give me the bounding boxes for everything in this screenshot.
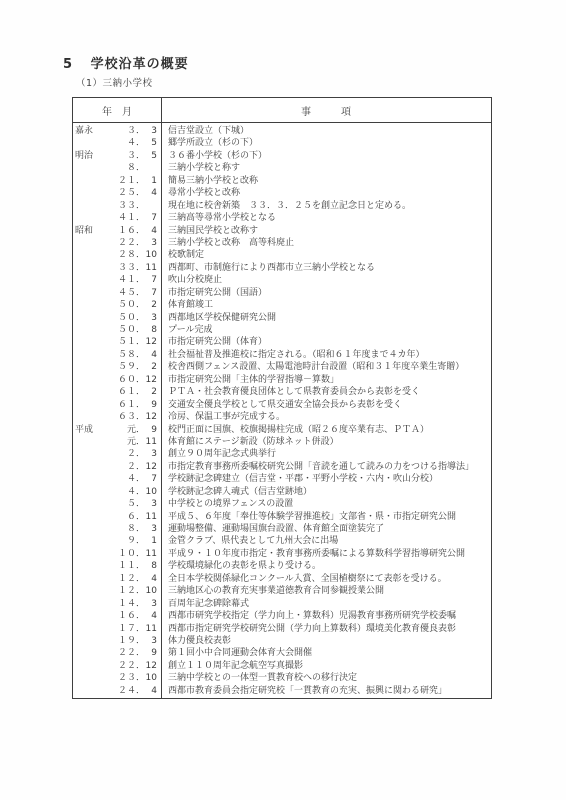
era-label xyxy=(73,287,97,299)
year-value: １９． xyxy=(97,635,145,647)
year-value: ５１． xyxy=(97,336,145,348)
date-cell: ２４．4 xyxy=(73,685,161,697)
item-text: 三納中学校との一体型一貫教育校への移行決定 xyxy=(161,672,491,684)
era-label xyxy=(73,336,97,348)
date-cell: ６．11 xyxy=(73,511,161,523)
date-cell: １６．4 xyxy=(73,610,161,622)
item-text: 市指定研究公開（体育） xyxy=(161,336,491,348)
year-value: ６１． xyxy=(97,386,145,398)
table-row: ２４．4西都市教育委員会指定研究校「一貫教育の充実、振興に関わる研究」 xyxy=(73,685,491,697)
era-label xyxy=(73,137,97,149)
year-value: ３． xyxy=(97,150,145,162)
item-text: 市指定研究公開（国語） xyxy=(161,287,491,299)
month-value: 12 xyxy=(145,461,157,473)
year-value: ２１． xyxy=(97,175,145,187)
table-row: ８．3運動場整備、運動場国旗台設置、体育館全面塗装完了 xyxy=(73,523,491,535)
year-value: １７． xyxy=(97,623,145,635)
year-value: ９． xyxy=(97,535,145,547)
month-value: 3 xyxy=(145,448,157,460)
item-text: 吹山分校廃止 xyxy=(161,274,491,286)
item-text: 創立９０周年記念式典挙行 xyxy=(161,448,491,460)
item-text: 校門正面に国旗、校旗掲揚柱完成（昭２６度卒業有志、ＰＴＡ） xyxy=(161,424,491,436)
item-text: 交通安全優良学校として県交通安全協会長から表彰を受く xyxy=(161,399,491,411)
date-cell: ２２．3 xyxy=(73,237,161,249)
item-text: 三納高等尋常小学校となる xyxy=(161,212,491,224)
date-cell: ５１．12 xyxy=(73,336,161,348)
date-cell: ３３．11 xyxy=(73,262,161,274)
era-label xyxy=(73,535,97,547)
month-value: 4 xyxy=(145,610,157,622)
date-cell: ２２．9 xyxy=(73,647,161,659)
era-label xyxy=(73,448,97,460)
year-value: ２２． xyxy=(97,237,145,249)
date-cell: １４．3 xyxy=(73,598,161,610)
item-text: 郷学所設立（杉の下） xyxy=(161,137,491,149)
item-text: 百周年記念碑除幕式 xyxy=(161,598,491,610)
table-row: ５８．4社会福祉普及推進校に指定される。（昭和６１年度まで４カ年） xyxy=(73,349,491,361)
table-row: ４．7学校跡記念碑建立（信吉堂・平郡・平野小学校・六内・吹山分校） xyxy=(73,473,491,485)
era-label xyxy=(73,560,97,572)
item-text: 創立１１０周年記念航空写真撮影 xyxy=(161,660,491,672)
item-text: 第１回小中合同運動会体育大会開催 xyxy=(161,647,491,659)
month-value: 11 xyxy=(145,511,157,523)
month-value: 5 xyxy=(145,150,157,162)
era-label xyxy=(73,511,97,523)
era-label xyxy=(73,610,97,622)
item-text: 西都地区学校保健研究公開 xyxy=(161,312,491,324)
item-text: 西都市教育委員会指定研究校「一貫教育の充実、振興に関わる研究」 xyxy=(161,685,491,697)
year-value: ５０． xyxy=(97,324,145,336)
era-label xyxy=(73,672,97,684)
item-text: 市指定研究公開「主体的学習指導－算数」 xyxy=(161,374,491,386)
table-row: ８．三納小学校と称す xyxy=(73,162,491,174)
year-value: ４１． xyxy=(97,274,145,286)
month-value: 7 xyxy=(145,274,157,286)
table-row: ４１．7三納高等尋常小学校となる xyxy=(73,212,491,224)
year-value: ２８． xyxy=(97,249,145,261)
era-label xyxy=(73,473,97,485)
item-text: 校舎西側フェンス設置、太陽電池時計台設置（昭和３１年度卒業生寄贈） xyxy=(161,361,491,373)
year-value: ２２． xyxy=(97,647,145,659)
month-value: 3 xyxy=(145,125,157,137)
table-row: ６１．2ＰＴＡ・社会教育優良団体として県教育委員会から表彰を受く xyxy=(73,386,491,398)
month-value: 7 xyxy=(145,287,157,299)
month-value: 8 xyxy=(145,324,157,336)
month-value: 4 xyxy=(145,187,157,199)
item-text: 学校跡記念碑入魂式（信吉堂跡地） xyxy=(161,486,491,498)
month-value: 12 xyxy=(145,411,157,423)
era-label xyxy=(73,212,97,224)
date-cell: ８．3 xyxy=(73,523,161,535)
era-label xyxy=(73,523,97,535)
year-value: ６３． xyxy=(97,411,145,423)
table-row: 明治３．5３６番小学校（杉の下） xyxy=(73,150,491,162)
month-value: 3 xyxy=(145,237,157,249)
month-value: 10 xyxy=(145,672,157,684)
era-label xyxy=(73,262,97,274)
year-value: １２． xyxy=(97,585,145,597)
section-title: 学校沿革の概要 xyxy=(91,57,189,72)
era-label xyxy=(73,237,97,249)
year-value: １１． xyxy=(97,560,145,572)
month-value xyxy=(145,162,157,174)
year-value: ８． xyxy=(97,523,145,535)
year-value: ３３． xyxy=(97,200,145,212)
table-row: 嘉永３．3信吉堂設立（下城） xyxy=(73,125,491,137)
table-row: １１．8学校環境緑化の表彰を県より受ける。 xyxy=(73,560,491,572)
table-row: ９．1金管クラブ、県代表として九州大会に出場 xyxy=(73,535,491,547)
date-cell: ４．10 xyxy=(73,486,161,498)
month-value: 11 xyxy=(145,436,157,448)
date-cell: 嘉永３．3 xyxy=(73,125,161,137)
era-label xyxy=(73,647,97,659)
date-cell: １２．10 xyxy=(73,585,161,597)
era-label xyxy=(73,623,97,635)
item-text: 西都町、市制施行により西都市立三納小学校となる xyxy=(161,262,491,274)
era-label xyxy=(73,461,97,473)
table-row: １２．10三納地区心の教育充実事業道徳教育合同参観授業公開 xyxy=(73,585,491,597)
item-text: 簡易三納小学校と改称 xyxy=(161,175,491,187)
month-value: 10 xyxy=(145,585,157,597)
table-row: ５０．3西都地区学校保健研究公開 xyxy=(73,312,491,324)
month-value xyxy=(145,200,157,212)
item-text: 尋常小学校と改称 xyxy=(161,187,491,199)
month-value: 5 xyxy=(145,137,157,149)
year-value: １４． xyxy=(97,598,145,610)
date-cell: １２．4 xyxy=(73,573,161,585)
item-text: 体力優良校表彰 xyxy=(161,635,491,647)
year-value: ５８． xyxy=(97,349,145,361)
table-row: ４．5郷学所設立（杉の下） xyxy=(73,137,491,149)
item-text: 現在地に校舎新築 ３３．３．２５を創立記念日と定める。 xyxy=(161,200,491,212)
month-value: 8 xyxy=(145,560,157,572)
date-cell: ６３．12 xyxy=(73,411,161,423)
date-cell: 昭和１６．4 xyxy=(73,225,161,237)
year-value: 元． xyxy=(97,424,145,436)
date-cell: 元．11 xyxy=(73,436,161,448)
month-value: 10 xyxy=(145,249,157,261)
date-cell: ２８．10 xyxy=(73,249,161,261)
table-row: 昭和１６．4三納国民学校と改称す xyxy=(73,225,491,237)
era-label xyxy=(73,411,97,423)
date-cell: ８． xyxy=(73,162,161,174)
table-body: 嘉永３．3信吉堂設立（下城）４．5郷学所設立（杉の下）明治３．5３６番小学校（杉… xyxy=(73,123,491,698)
page-subtitle: （1）三納小学校 xyxy=(76,75,153,89)
table-row: ５９．2校舎西側フェンス設置、太陽電池時計台設置（昭和３１年度卒業生寄贈） xyxy=(73,361,491,373)
year-value: ２５． xyxy=(97,187,145,199)
date-cell: ６０．12 xyxy=(73,374,161,386)
item-text: 全日本学校関係緑化コンクール入賞、全国植樹祭にて表彰を受ける。 xyxy=(161,573,491,585)
item-text: 体育館にステージ新設（防球ネット併設） xyxy=(161,436,491,448)
item-text: 体育館竣工 xyxy=(161,299,491,311)
year-value: ３． xyxy=(97,125,145,137)
month-value: 4 xyxy=(145,225,157,237)
table-row: ５１．12市指定研究公開（体育） xyxy=(73,336,491,348)
era-label xyxy=(73,200,97,212)
year-value: １０． xyxy=(97,548,145,560)
year-value: ５． xyxy=(97,498,145,510)
era-label xyxy=(73,685,97,697)
table-row: ２．12市指定教育事務所委嘱校研究公開「音読を通して読みの力をつける指導法」 xyxy=(73,461,491,473)
date-cell: ４．5 xyxy=(73,137,161,149)
table-row: １９．3体力優良校表彰 xyxy=(73,635,491,647)
item-text: 信吉堂設立（下城） xyxy=(161,125,491,137)
era-label xyxy=(73,162,97,174)
era-label xyxy=(73,299,97,311)
table-row: １７．11西都市指定研究学校研究公開（学力向上算数科）環境美化教育優良表彰 xyxy=(73,623,491,635)
month-value: 4 xyxy=(145,349,157,361)
month-value: 3 xyxy=(145,598,157,610)
item-text: ＰＴＡ・社会教育優良団体として県教育委員会から表彰を受く xyxy=(161,386,491,398)
table-row: ２８．10校歌制定 xyxy=(73,249,491,261)
item-text: プール完成 xyxy=(161,324,491,336)
era-label xyxy=(73,312,97,324)
year-value: ４５． xyxy=(97,287,145,299)
year-value: １６． xyxy=(97,225,145,237)
table-row: ２１．1簡易三納小学校と改称 xyxy=(73,175,491,187)
date-cell: ４．7 xyxy=(73,473,161,485)
date-cell: ４１．7 xyxy=(73,274,161,286)
month-value: 4 xyxy=(145,685,157,697)
era-label xyxy=(73,399,97,411)
item-text: 西都市指定研究学校研究公開（学力向上算数科）環境美化教育優良表彰 xyxy=(161,623,491,635)
month-value: 1 xyxy=(145,175,157,187)
item-text: 三納小学校と称す xyxy=(161,162,491,174)
table-row: 平成元．9校門正面に国旗、校旗掲揚柱完成（昭２６度卒業有志、ＰＴＡ） xyxy=(73,424,491,436)
column-header-item: 事 項 xyxy=(161,98,491,122)
era-label xyxy=(73,635,97,647)
table-row: ６１．9交通安全優良学校として県交通安全協会長から表彰を受く xyxy=(73,399,491,411)
table-row: ５０．8プール完成 xyxy=(73,324,491,336)
table-row: １４．3百周年記念碑除幕式 xyxy=(73,598,491,610)
table-row: ２２．9第１回小中合同運動会体育大会開催 xyxy=(73,647,491,659)
era-label xyxy=(73,374,97,386)
month-value: 2 xyxy=(145,361,157,373)
item-text: 学校環境緑化の表彰を県より受ける。 xyxy=(161,560,491,572)
date-cell: ２３．10 xyxy=(73,672,161,684)
year-value: ４． xyxy=(97,473,145,485)
era-label xyxy=(73,175,97,187)
era-label xyxy=(73,486,97,498)
month-value: 4 xyxy=(145,573,157,585)
item-text: 三納国民学校と改称す xyxy=(161,225,491,237)
date-cell: ３３． xyxy=(73,200,161,212)
item-text: 三納小学校と改称 高等科廃止 xyxy=(161,237,491,249)
era-label xyxy=(73,585,97,597)
date-cell: ５０．3 xyxy=(73,312,161,324)
month-value: 10 xyxy=(145,486,157,498)
month-value: 3 xyxy=(145,312,157,324)
era-label xyxy=(73,660,97,672)
month-value: 9 xyxy=(145,399,157,411)
date-cell: ６１．2 xyxy=(73,386,161,398)
page-title: 5 学校沿革の概要 xyxy=(63,53,189,72)
year-value: １６． xyxy=(97,610,145,622)
month-value: 12 xyxy=(145,336,157,348)
era-label xyxy=(73,598,97,610)
item-text: 平成５、６年度「奉仕等体験学習推進校」文部省・県・市指定研究公開 xyxy=(161,511,491,523)
item-text: 中学校との境界フェンスの設置 xyxy=(161,498,491,510)
year-value: ２． xyxy=(97,448,145,460)
table-row: １２．4全日本学校関係緑化コンクール入賞、全国植樹祭にて表彰を受ける。 xyxy=(73,573,491,585)
year-value: ５０． xyxy=(97,299,145,311)
date-cell: ２．3 xyxy=(73,448,161,460)
month-value: 2 xyxy=(145,299,157,311)
table-row: ２５．4尋常小学校と改称 xyxy=(73,187,491,199)
date-cell: ６１．9 xyxy=(73,399,161,411)
era-label: 嘉永 xyxy=(73,125,97,137)
era-label xyxy=(73,349,97,361)
month-value: 11 xyxy=(145,262,157,274)
era-label xyxy=(73,324,97,336)
table-row: ４．10学校跡記念碑入魂式（信吉堂跡地） xyxy=(73,486,491,498)
date-cell: ９．1 xyxy=(73,535,161,547)
year-value: ４１． xyxy=(97,212,145,224)
era-label xyxy=(73,498,97,510)
item-text: 三納地区心の教育充実事業道徳教育合同参観授業公開 xyxy=(161,585,491,597)
date-cell: ５．3 xyxy=(73,498,161,510)
date-cell: ２．12 xyxy=(73,461,161,473)
year-value: ５９． xyxy=(97,361,145,373)
date-cell: ４５．7 xyxy=(73,287,161,299)
month-value: 3 xyxy=(145,635,157,647)
year-value: ６． xyxy=(97,511,145,523)
document-page: 5 学校沿革の概要 （1）三納小学校 年 月 事 項 嘉永３．3信吉堂設立（下城… xyxy=(0,0,566,800)
table-row: １６．4西都市研究学校指定（学力向上・算数科）児湯教育事務所研究学校委嘱 xyxy=(73,610,491,622)
table-row: ４５．7市指定研究公開（国語） xyxy=(73,287,491,299)
table-row: ３３．11西都町、市制施行により西都市立三納小学校となる xyxy=(73,262,491,274)
table-row: ３３．現在地に校舎新築 ３３．３．２５を創立記念日と定める。 xyxy=(73,200,491,212)
table-row: ２．3創立９０周年記念式典挙行 xyxy=(73,448,491,460)
year-value: ８． xyxy=(97,162,145,174)
era-label xyxy=(73,187,97,199)
year-value: ２３． xyxy=(97,672,145,684)
month-value: 2 xyxy=(145,386,157,398)
date-cell: ２５．4 xyxy=(73,187,161,199)
era-label xyxy=(73,361,97,373)
era-label xyxy=(73,274,97,286)
table-row: １０．11平成９・１０年度市指定・教育事務所委嘱による算数科学習指導研究公開 xyxy=(73,548,491,560)
table-row: ５０．2体育館竣工 xyxy=(73,299,491,311)
month-value: 7 xyxy=(145,212,157,224)
table-row: ５．3中学校との境界フェンスの設置 xyxy=(73,498,491,510)
month-value: 3 xyxy=(145,523,157,535)
era-label xyxy=(73,249,97,261)
item-text: 運動場整備、運動場国旗台設置、体育館全面塗装完了 xyxy=(161,523,491,535)
item-text: ３６番小学校（杉の下） xyxy=(161,150,491,162)
date-cell: ５０．8 xyxy=(73,324,161,336)
date-cell: １１．8 xyxy=(73,560,161,572)
year-value: ６１． xyxy=(97,399,145,411)
date-cell: 明治３．5 xyxy=(73,150,161,162)
month-value: 3 xyxy=(145,498,157,510)
month-value: 9 xyxy=(145,424,157,436)
column-header-date: 年 月 xyxy=(73,98,161,122)
era-label: 明治 xyxy=(73,150,97,162)
era-label xyxy=(73,436,97,448)
date-cell: ５０．2 xyxy=(73,299,161,311)
date-cell: ２１．1 xyxy=(73,175,161,187)
year-value: １２． xyxy=(97,573,145,585)
month-value: 12 xyxy=(145,374,157,386)
month-value: 11 xyxy=(145,623,157,635)
date-cell: ５８．4 xyxy=(73,349,161,361)
year-value: ２４． xyxy=(97,685,145,697)
table-row: ２２．12創立１１０周年記念航空写真撮影 xyxy=(73,660,491,672)
table-row: ６０．12市指定研究公開「主体的学習指導－算数」 xyxy=(73,374,491,386)
item-text: 金管クラブ、県代表として九州大会に出場 xyxy=(161,535,491,547)
item-text: 社会福祉普及推進校に指定される。（昭和６１年度まで４カ年） xyxy=(161,349,491,361)
item-text: 学校跡記念碑建立（信吉堂・平郡・平野小学校・六内・吹山分校） xyxy=(161,473,491,485)
month-value: 1 xyxy=(145,535,157,547)
column-divider xyxy=(161,98,162,698)
era-label xyxy=(73,386,97,398)
table-row: ６．11平成５、６年度「奉仕等体験学習推進校」文部省・県・市指定研究公開 xyxy=(73,511,491,523)
year-value: ３３． xyxy=(97,262,145,274)
date-cell: ２２．12 xyxy=(73,660,161,672)
year-value: ４． xyxy=(97,486,145,498)
month-value: 11 xyxy=(145,548,157,560)
date-cell: １９．3 xyxy=(73,635,161,647)
era-label xyxy=(73,573,97,585)
item-text: 平成９・１０年度市指定・教育事務所委嘱による算数科学習指導研究公開 xyxy=(161,548,491,560)
year-value: ２２． xyxy=(97,660,145,672)
section-number: 5 xyxy=(63,57,73,72)
date-cell: １７．11 xyxy=(73,623,161,635)
item-text: 市指定教育事務所委嘱校研究公開「音読を通して読みの力をつける指導法」 xyxy=(161,461,491,473)
year-value: 元． xyxy=(97,436,145,448)
era-label xyxy=(73,548,97,560)
item-text: 校歌制定 xyxy=(161,249,491,261)
item-text: 冷房、保温工事が完成する。 xyxy=(161,411,491,423)
table-header-row: 年 月 事 項 xyxy=(73,98,491,123)
era-label: 平成 xyxy=(73,424,97,436)
table-row: ２３．10三納中学校との一体型一貫教育校への移行決定 xyxy=(73,672,491,684)
table-row: ４１．7吹山分校廃止 xyxy=(73,274,491,286)
year-value: ２． xyxy=(97,461,145,473)
month-value: 7 xyxy=(145,473,157,485)
date-cell: ４１．7 xyxy=(73,212,161,224)
month-value: 9 xyxy=(145,647,157,659)
date-cell: 平成元．9 xyxy=(73,424,161,436)
month-value: 12 xyxy=(145,660,157,672)
table-row: ２２．3三納小学校と改称 高等科廃止 xyxy=(73,237,491,249)
era-label: 昭和 xyxy=(73,225,97,237)
date-cell: １０．11 xyxy=(73,548,161,560)
table-row: 元．11体育館にステージ新設（防球ネット併設） xyxy=(73,436,491,448)
item-text: 西都市研究学校指定（学力向上・算数科）児湯教育事務所研究学校委嘱 xyxy=(161,610,491,622)
history-table: 年 月 事 項 嘉永３．3信吉堂設立（下城）４．5郷学所設立（杉の下）明治３．5… xyxy=(72,97,492,699)
date-cell: ５９．2 xyxy=(73,361,161,373)
year-value: ５０． xyxy=(97,312,145,324)
table-row: ６３．12冷房、保温工事が完成する。 xyxy=(73,411,491,423)
year-value: ６０． xyxy=(97,374,145,386)
year-value: ４． xyxy=(97,137,145,149)
